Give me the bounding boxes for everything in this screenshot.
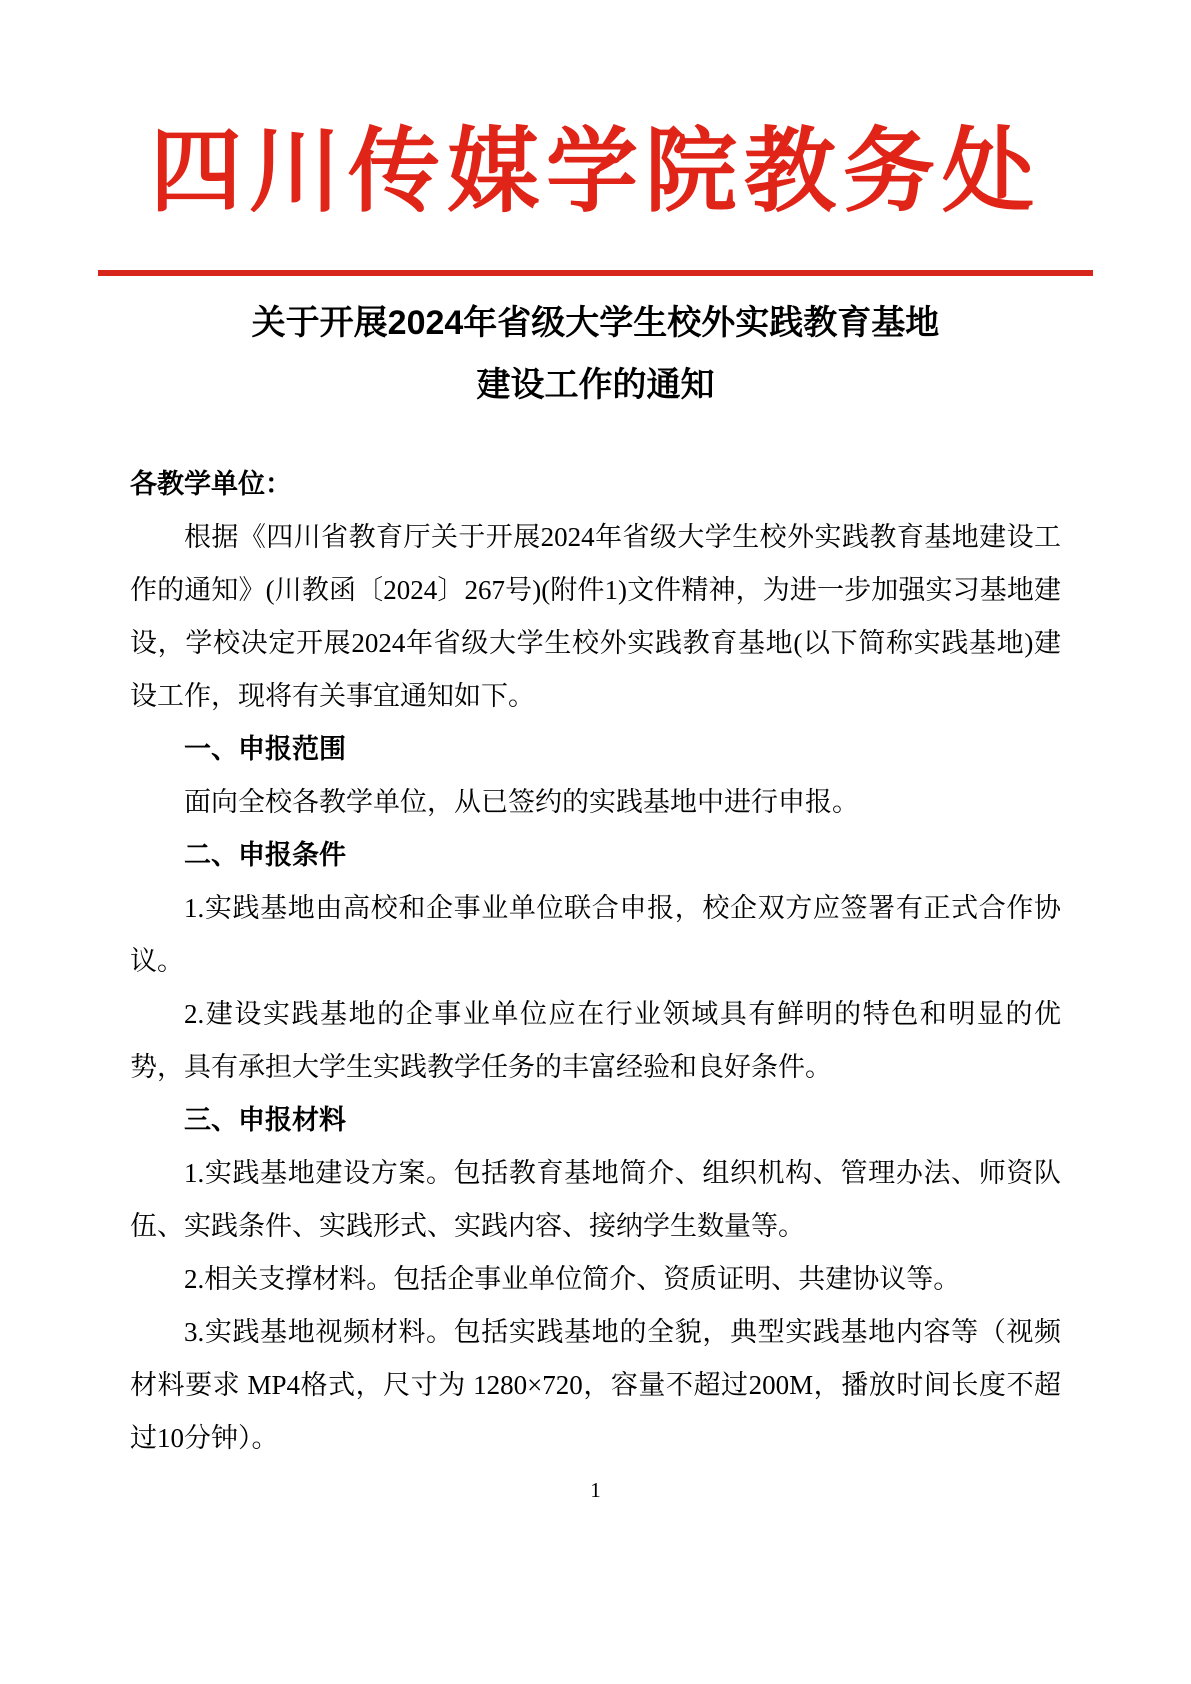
paragraph-scope: 面向全校各教学单位，从已签约的实践基地中进行申报。 — [130, 776, 1061, 829]
paragraph-condition-2: 2.建设实践基地的企事业单位应在行业领域具有鲜明的特色和明显的优势，具有承担大学… — [130, 988, 1061, 1094]
paragraph-condition-1: 1.实践基地由高校和企事业单位联合申报，校企双方应签署有正式合作协议。 — [130, 882, 1061, 988]
document-title-line-2: 建设工作的通知 — [0, 354, 1191, 416]
letterhead-rule — [98, 270, 1093, 276]
notice-document-page: 四川传媒学院教务处 关于开展2024年省级大学生校外实践教育基地 建设工作的通知… — [0, 0, 1191, 1684]
document-body: 各教学单位： 根据《四川省教育厅关于开展2024年省级大学生校外实践教育基地建设… — [130, 458, 1061, 1465]
letterhead-banner: 四川传媒学院教务处 — [0, 0, 1191, 234]
section-heading-2: 二、申报条件 — [130, 829, 1061, 882]
section-heading-1: 一、申报范围 — [130, 723, 1061, 776]
paragraph-material-1: 1.实践基地建设方案。包括教育基地简介、组织机构、管理办法、师资队伍、实践条件、… — [130, 1147, 1061, 1253]
document-title: 关于开展2024年省级大学生校外实践教育基地 建设工作的通知 — [0, 292, 1191, 416]
section-heading-3: 三、申报材料 — [130, 1094, 1061, 1147]
paragraph-intro: 根据《四川省教育厅关于开展2024年省级大学生校外实践教育基地建设工作的通知》(… — [130, 511, 1061, 723]
document-title-line-1: 关于开展2024年省级大学生校外实践教育基地 — [0, 292, 1191, 354]
page-number: 1 — [0, 1478, 1191, 1503]
salutation: 各教学单位： — [130, 458, 1061, 511]
paragraph-material-2: 2.相关支撑材料。包括企事业单位简介、资质证明、共建协议等。 — [130, 1253, 1061, 1306]
paragraph-material-3: 3.实践基地视频材料。包括实践基地的全貌，典型实践基地内容等（视频材料要求 MP… — [130, 1306, 1061, 1465]
